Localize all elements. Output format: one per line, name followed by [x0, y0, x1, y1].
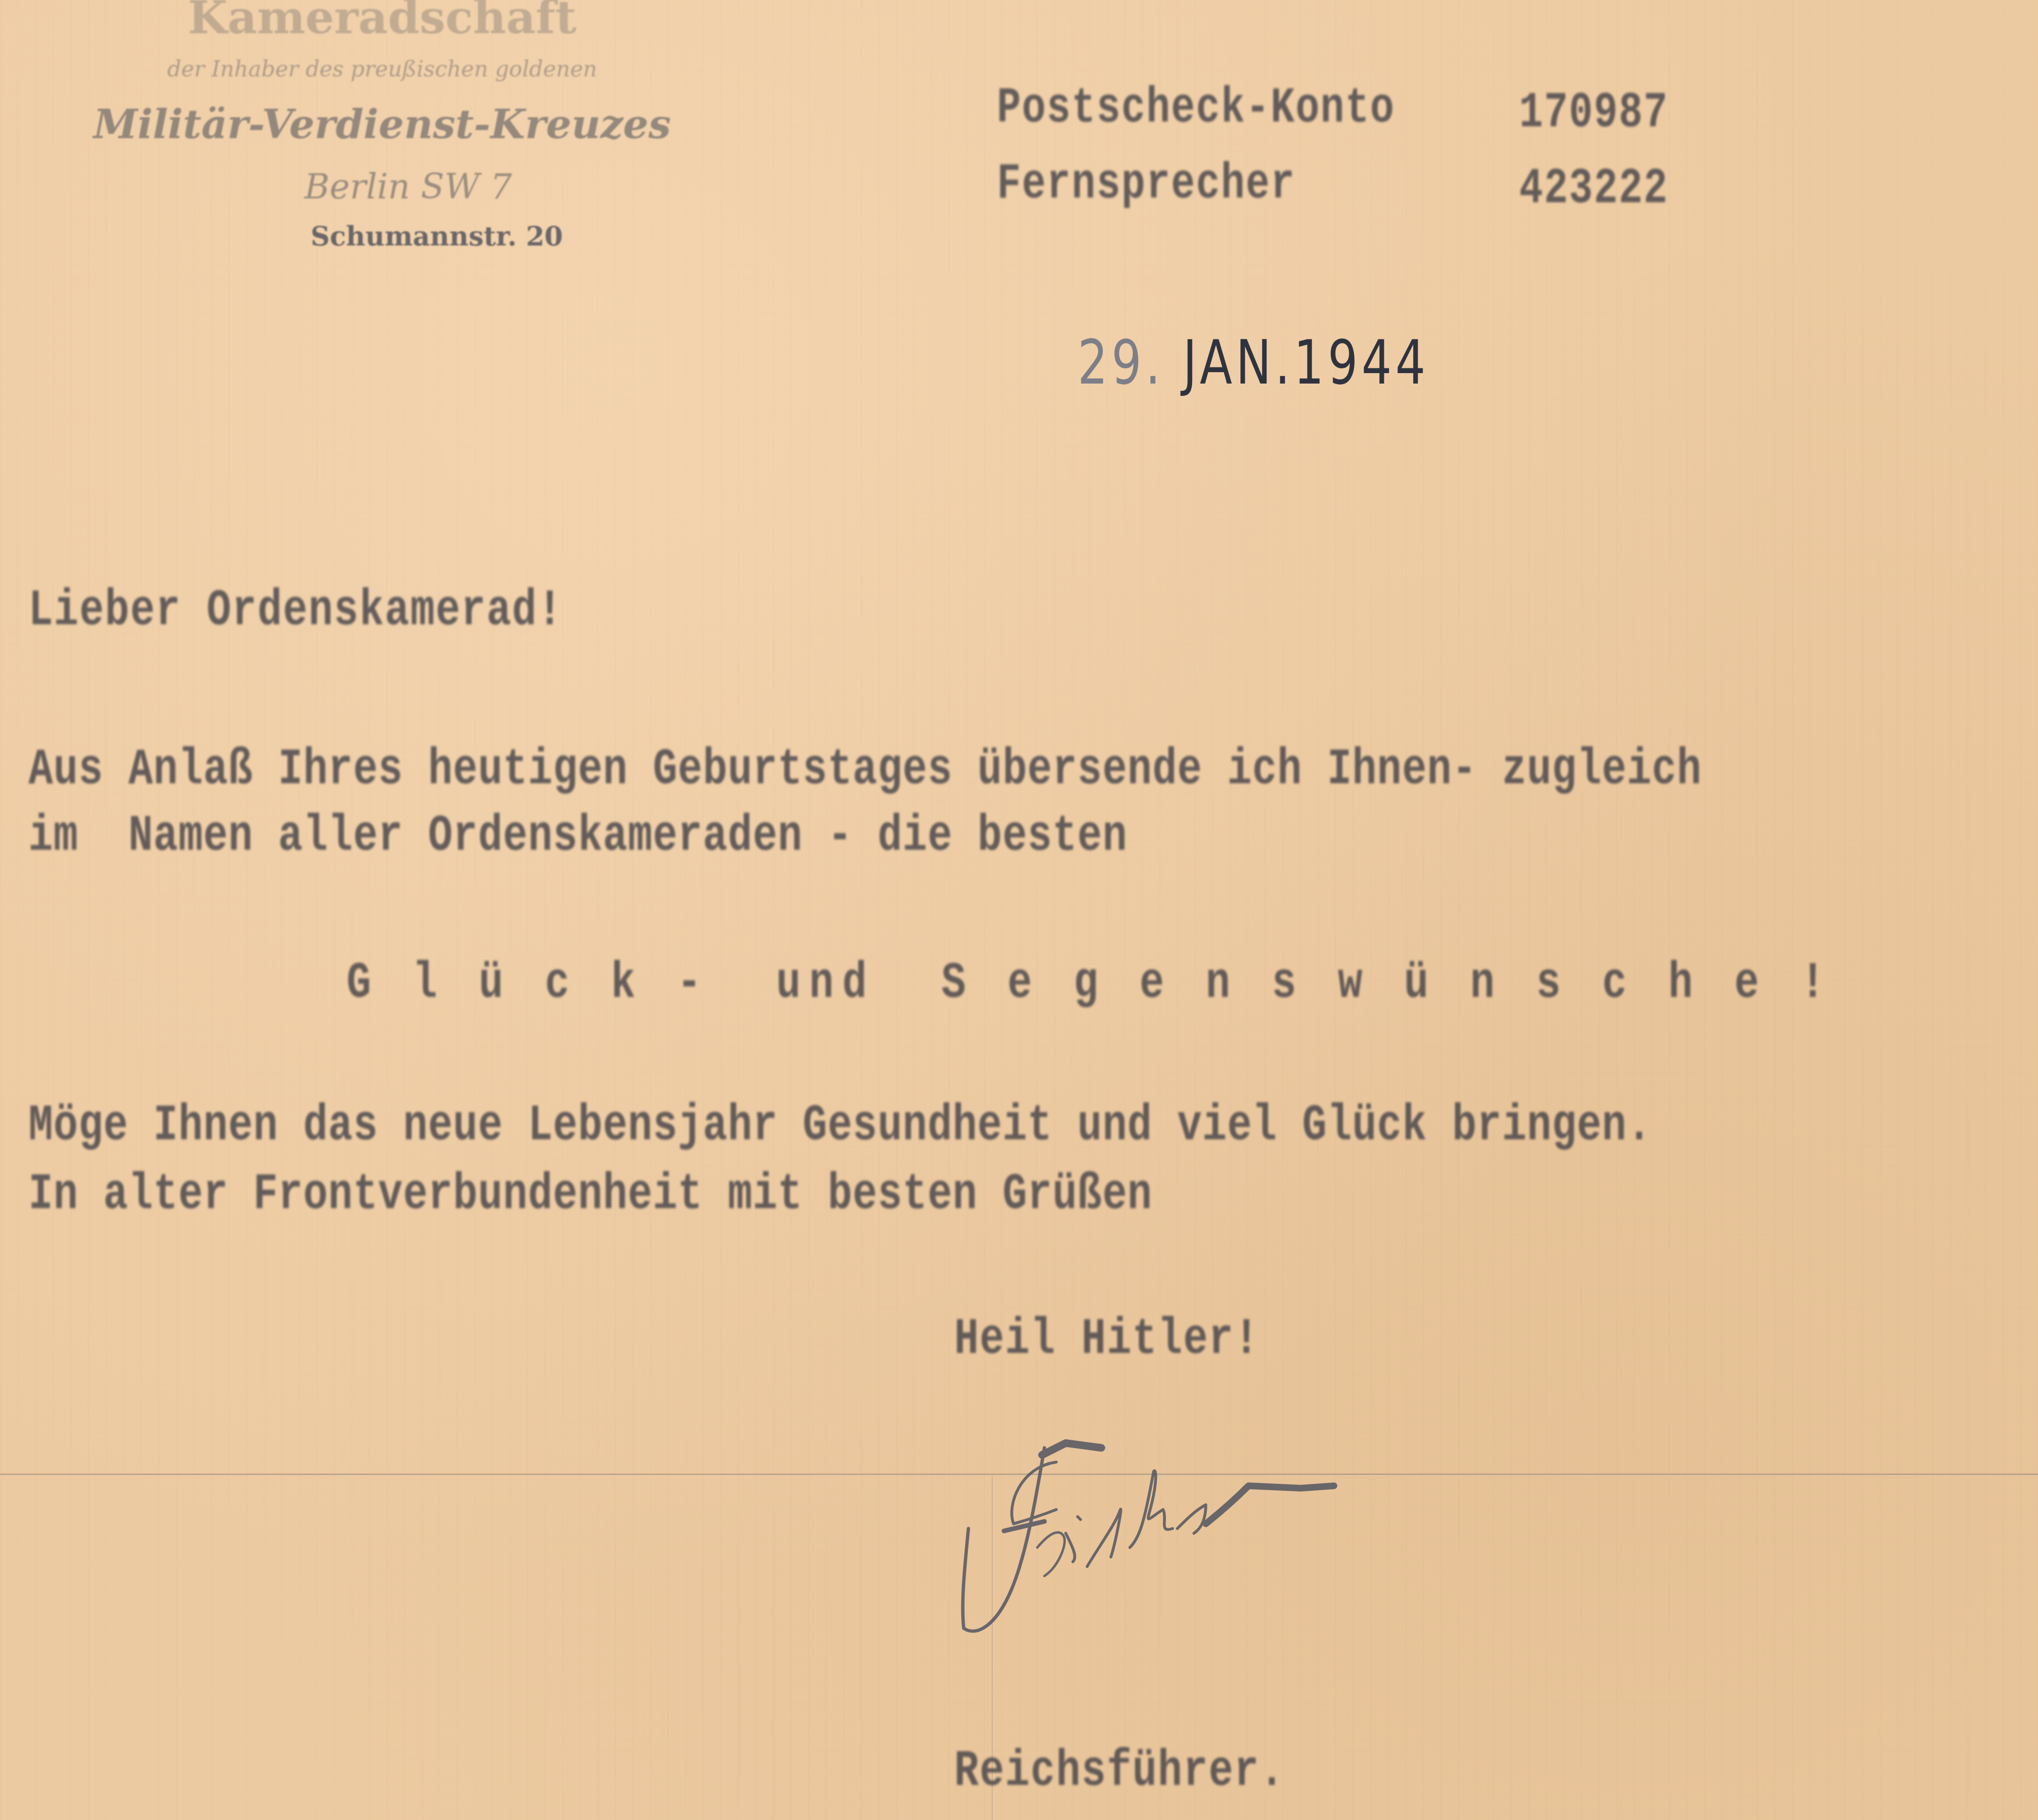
letterhead-subtitle: der Inhaber des preußischen goldenen [85, 56, 679, 82]
signer-title: Reichsführer. [954, 1742, 1285, 1801]
date-day: 29. [1078, 328, 1164, 398]
closing: Heil Hitler! [954, 1310, 1259, 1369]
handwritten-signature [959, 1434, 1624, 1699]
postscheck-label: Postscheck-Konto [997, 81, 1395, 137]
body-line-2: im Namen aller Ordenskameraden - die bes… [28, 807, 1127, 865]
letterhead-org-name: Kameradschaft [85, 0, 679, 47]
date-year: 1944 [1294, 328, 1429, 398]
phone-label: Fernsprecher [997, 157, 1296, 213]
letterhead-stamp: Kameradschaft der Inhaber des preußische… [85, 0, 679, 252]
letterhead-street: Schumannstr. 20 [85, 221, 679, 252]
postscheck-value: 170987 [1519, 85, 1668, 142]
salutation: Lieber Ordenskamerad! [28, 582, 563, 640]
body-line-1: Aus Anlaß Ihres heutigen Geburtstages üb… [28, 741, 1702, 799]
wishes-line: G l ü c k - und S e g e n s w ü n s c h … [347, 954, 1833, 1013]
date-month: JAN. [1183, 328, 1294, 398]
body-line-4: In alter Frontverbundenheit mit besten G… [28, 1165, 1152, 1224]
body-line-3: Möge Ihnen das neue Lebensjahr Gesundhei… [28, 1097, 1652, 1155]
letterhead-award-name: Militär-Verdienst-Kreuzes [85, 101, 679, 148]
letterhead-city: Berlin SW 7 [85, 167, 679, 206]
date-stamp: 29. JAN.1944 [1078, 328, 1429, 398]
phone-value: 423222 [1519, 161, 1668, 218]
